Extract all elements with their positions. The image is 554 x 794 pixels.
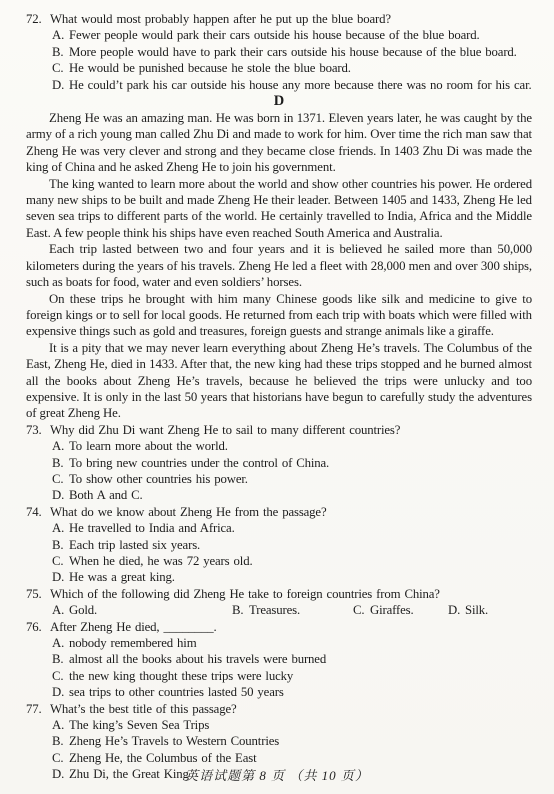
option-74-b: B.Each trip lasted six years. xyxy=(26,537,532,553)
option-label: B. xyxy=(52,44,69,60)
option-label: D. xyxy=(52,684,69,700)
option-label: A. xyxy=(52,602,69,618)
question-stem-text: What’s the best title of this passage? xyxy=(50,702,237,716)
option-76-b: B.almost all the books about his travels… xyxy=(26,651,532,667)
option-75-a: A.Gold. xyxy=(52,602,232,618)
option-text: The king’s Seven Sea Trips xyxy=(69,718,209,732)
option-75-c: C.Giraffes. xyxy=(353,602,448,618)
option-label: A. xyxy=(52,635,69,651)
option-76-a: A.nobody remembered him xyxy=(26,635,532,651)
question-74: 74.What do we know about Zheng He from t… xyxy=(26,504,532,586)
option-label: A. xyxy=(52,438,69,454)
option-73-d: D.Both A and C. xyxy=(26,487,532,503)
option-label: C. xyxy=(52,553,69,569)
option-text: almost all the books about his travels w… xyxy=(69,652,326,666)
option-label: D. xyxy=(448,602,465,618)
option-text: To bring new countries under the control… xyxy=(69,456,329,470)
option-75-b: B.Treasures. xyxy=(232,602,353,618)
question-stem-text: What do we know about Zheng He from the … xyxy=(50,505,327,519)
option-text: More people would have to park their car… xyxy=(69,45,517,59)
passage-section-header: D xyxy=(26,93,532,110)
option-text: Treasures. xyxy=(249,603,300,617)
option-text: Gold. xyxy=(69,603,97,617)
passage-paragraph-2: The king wanted to learn more about the … xyxy=(26,176,532,242)
option-text: When he died, he was 72 years old. xyxy=(69,554,253,568)
option-label: D. xyxy=(52,569,69,585)
option-72-b: B.More people would have to park their c… xyxy=(26,44,532,60)
question-75-stem: 75.Which of the following did Zheng He t… xyxy=(26,586,532,602)
question-number: 76. xyxy=(26,619,50,635)
option-73-a: A.To learn more about the world. xyxy=(26,438,532,454)
option-label: B. xyxy=(52,455,69,471)
option-text: sea trips to other countries lasted 50 y… xyxy=(69,685,284,699)
option-73-b: B.To bring new countries under the contr… xyxy=(26,455,532,471)
option-text: Zheng He, the Columbus of the East xyxy=(69,751,257,765)
question-73-stem: 73.Why did Zhu Di want Zheng He to sail … xyxy=(26,422,532,438)
question-stem-text: What would most probably happen after he… xyxy=(50,12,391,26)
option-label: B. xyxy=(52,537,69,553)
option-label: C. xyxy=(52,750,69,766)
question-73: 73.Why did Zhu Di want Zheng He to sail … xyxy=(26,422,532,504)
reading-passage: Zheng He was an amazing man. He was born… xyxy=(26,110,532,422)
question-75: 75.Which of the following did Zheng He t… xyxy=(26,586,532,619)
question-74-stem: 74.What do we know about Zheng He from t… xyxy=(26,504,532,520)
question-stem-text: Which of the following did Zheng He take… xyxy=(50,587,440,601)
option-text: He travelled to India and Africa. xyxy=(69,521,235,535)
option-label: A. xyxy=(52,520,69,536)
option-text: Giraffes. xyxy=(370,603,414,617)
option-72-c: C.He would be punished because he stole … xyxy=(26,60,532,76)
option-text: Silk. xyxy=(465,603,488,617)
option-label: C. xyxy=(52,471,69,487)
option-72-a: A.Fewer people would park their cars out… xyxy=(26,27,532,43)
option-label: B. xyxy=(52,651,69,667)
option-label: D. xyxy=(52,77,69,93)
option-75-d: D.Silk. xyxy=(448,602,532,618)
passage-paragraph-4: On these trips he brought with him many … xyxy=(26,291,532,340)
option-label: C. xyxy=(353,602,370,618)
question-number: 77. xyxy=(26,701,50,717)
exam-page: 72.What would most probably happen after… xyxy=(0,0,554,794)
option-74-a: A.He travelled to India and Africa. xyxy=(26,520,532,536)
option-76-d: D.sea trips to other countries lasted 50… xyxy=(26,684,532,700)
page-footer: 英语试题第 8 页 （共 10 页） xyxy=(0,768,554,784)
option-label: A. xyxy=(52,717,69,733)
option-text: the new king thought these trips were lu… xyxy=(69,669,293,683)
option-text: To show other countries his power. xyxy=(69,472,248,486)
option-72-d: D.He could’t park his car outside his ho… xyxy=(26,77,532,93)
option-text: He was a great king. xyxy=(69,570,175,584)
option-77-b: B.Zheng He’s Travels to Western Countrie… xyxy=(26,733,532,749)
option-text: nobody remembered him xyxy=(69,636,197,650)
question-72-stem: 72.What would most probably happen after… xyxy=(26,11,532,27)
question-number: 72. xyxy=(26,11,50,27)
option-label: C. xyxy=(52,60,69,76)
option-73-c: C.To show other countries his power. xyxy=(26,471,532,487)
option-text: Fewer people would park their cars outsi… xyxy=(69,28,480,42)
question-77-stem: 77.What’s the best title of this passage… xyxy=(26,701,532,717)
option-77-c: C.Zheng He, the Columbus of the East xyxy=(26,750,532,766)
question-number: 75. xyxy=(26,586,50,602)
option-text: He would be punished because he stole th… xyxy=(69,61,351,75)
question-72: 72.What would most probably happen after… xyxy=(26,11,532,93)
option-77-a: A.The king’s Seven Sea Trips xyxy=(26,717,532,733)
option-label: B. xyxy=(232,602,249,618)
question-76: 76.After Zheng He died, ________. A.nobo… xyxy=(26,619,532,701)
question-stem-text: After Zheng He died, ________. xyxy=(50,620,217,634)
question-number: 74. xyxy=(26,504,50,520)
question-75-options-row: A.Gold. B.Treasures. C.Giraffes. D.Silk. xyxy=(26,602,532,618)
option-74-d: D.He was a great king. xyxy=(26,569,532,585)
option-label: D. xyxy=(52,487,69,503)
question-76-stem: 76.After Zheng He died, ________. xyxy=(26,619,532,635)
option-text: Each trip lasted six years. xyxy=(69,538,200,552)
option-label: B. xyxy=(52,733,69,749)
question-stem-text: Why did Zhu Di want Zheng He to sail to … xyxy=(50,423,400,437)
passage-paragraph-3: Each trip lasted between two and four ye… xyxy=(26,241,532,290)
passage-paragraph-1: Zheng He was an amazing man. He was born… xyxy=(26,110,532,176)
passage-paragraph-5: It is a pity that we may never learn eve… xyxy=(26,340,532,422)
option-text: To learn more about the world. xyxy=(69,439,228,453)
option-text: Zheng He’s Travels to Western Countries xyxy=(69,734,279,748)
option-76-c: C.the new king thought these trips were … xyxy=(26,668,532,684)
option-label: A. xyxy=(52,27,69,43)
question-number: 73. xyxy=(26,422,50,438)
option-text: Both A and C. xyxy=(69,488,143,502)
option-text: He could’t park his car outside his hous… xyxy=(69,78,532,92)
option-label: C. xyxy=(52,668,69,684)
option-74-c: C.When he died, he was 72 years old. xyxy=(26,553,532,569)
